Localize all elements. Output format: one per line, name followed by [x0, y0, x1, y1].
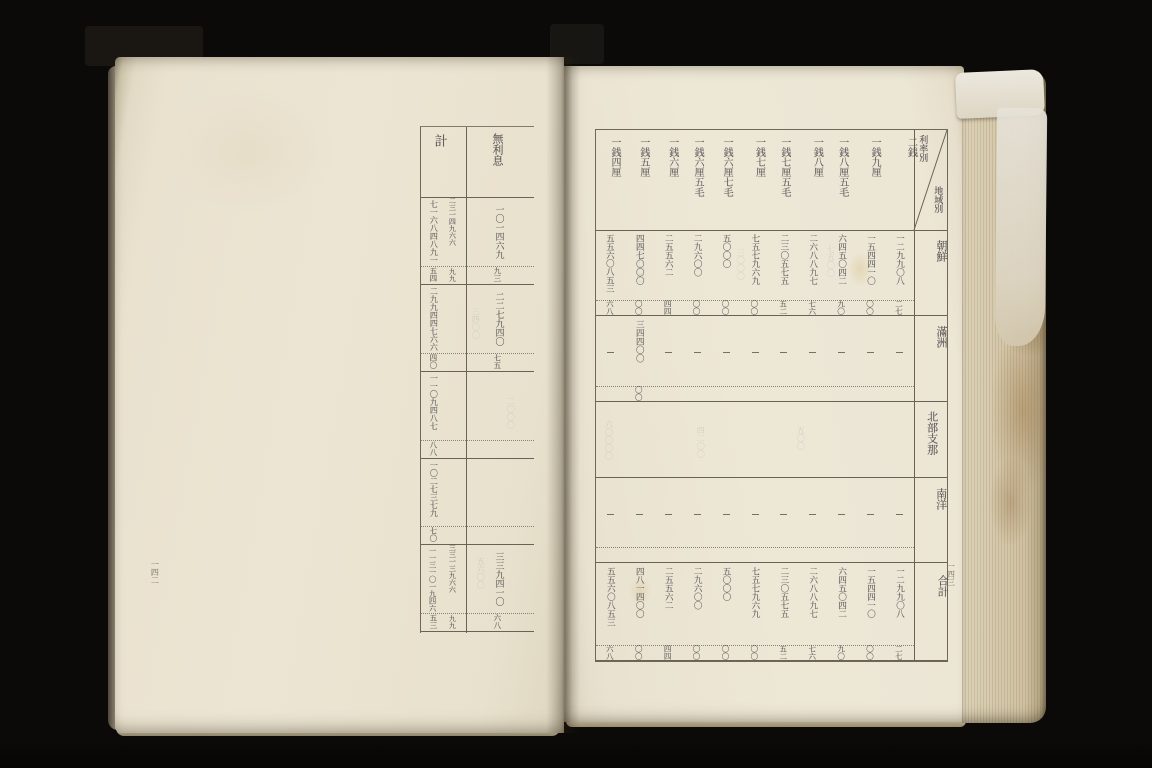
decimal-separator-line: [596, 386, 914, 387]
row-border: [596, 660, 947, 661]
table-row: [596, 402, 914, 478]
bleed-through-text: 七五〇〇: [826, 245, 834, 277]
cell-value: 二三〇五七五: [779, 567, 788, 618]
total-value: 一〇二七三七九: [429, 461, 437, 517]
cell-value-decimals: 〇〇: [692, 300, 700, 315]
total-value: 一一三一〇一九四六: [429, 547, 437, 612]
cell-value-decimals: 四四: [663, 300, 671, 315]
cell-value: 一五四四一〇: [866, 567, 875, 618]
decimal-separator-line: [421, 613, 534, 614]
bleed-through-text: 四二〇〇: [696, 426, 704, 458]
total-note-decimals: 九九: [448, 615, 455, 629]
decimal-separator-line: [596, 547, 914, 548]
cell-value-decimals: 二七: [895, 645, 903, 660]
bleed-through-text: 五六〇〇: [476, 557, 484, 589]
cell-value-decimals: 〇〇: [634, 645, 642, 660]
empty-dash: [896, 514, 903, 515]
cell-value: 二六八八九七: [808, 567, 817, 618]
cell-value: 二三〇五七五: [779, 234, 788, 285]
total-value-decimals: 五三: [429, 614, 437, 629]
bleed-through-text: 二〇〇〇: [506, 397, 514, 429]
right-page-table: 利率別 地域別 二銭一銭九厘一銭八厘五毛一銭八厘一銭七厘五毛一銭七厘一銭六厘七毛…: [595, 129, 948, 662]
cell-value-decimals: 〇〇: [866, 300, 874, 315]
cell-value: 一二九九〇八: [895, 234, 904, 285]
rate-header: 一銭七厘五毛: [778, 137, 791, 197]
decimal-separator-line: [421, 353, 534, 354]
no-interest-decimals: 九三: [493, 267, 501, 282]
cell-value: 二六八八九七: [808, 234, 817, 285]
cell-value: 五五六〇八五三: [605, 234, 614, 293]
empty-dash: [723, 514, 730, 515]
total-value: 七一六八四八九一: [429, 200, 437, 264]
protruding-sheet: [995, 108, 1047, 347]
empty-dash: [607, 352, 614, 353]
rate-header: 一銭九厘: [865, 137, 884, 177]
cell-value: 三四四〇〇: [634, 320, 643, 363]
cell-value-decimals: 七六: [808, 645, 816, 660]
empty-dash: [665, 514, 672, 515]
cell-value: 二九六〇〇: [692, 567, 701, 610]
bleed-through-text: 三四〇〇: [471, 307, 479, 339]
total-value: 二九九四四七六六: [429, 287, 437, 351]
table-row: 一一〇九四八七八八: [421, 371, 534, 459]
cell-value: 七五七九六九: [750, 234, 759, 285]
cell-value-decimals: 七六: [808, 300, 816, 315]
cell-value-decimals: 〇〇: [692, 645, 700, 660]
empty-dash: [867, 352, 874, 353]
cell-value-decimals: 九〇: [837, 300, 845, 315]
cell-value-decimals: 〇〇: [634, 386, 642, 401]
empty-dash: [752, 514, 759, 515]
corner-label-region: 地域別: [931, 186, 942, 213]
cell-value: 二五五六二: [663, 234, 672, 277]
no-interest-column-header: 無利息: [489, 133, 506, 166]
table-row: [596, 478, 914, 563]
empty-dash: [607, 514, 614, 515]
rate-header: 二銭: [894, 137, 928, 157]
book-photo: 計 無利息 七一六八四八九一五四二三一四九六六九九一〇一四六九九三二九九四四七六…: [0, 0, 1152, 768]
bleed-through-text: 五六八〇〇: [636, 242, 644, 282]
table-row: 一二九九〇八二七一五四四一〇〇〇六四五〇四二九〇二六八八九七七六二三〇五七五五二…: [596, 563, 914, 661]
left-page-number: 一四二: [150, 560, 158, 584]
empty-dash: [780, 514, 787, 515]
bleed-through-text: 三〇〇〇: [736, 248, 744, 280]
empty-dash: [809, 352, 816, 353]
region-label: 北部支那: [925, 411, 939, 455]
empty-dash: [896, 352, 903, 353]
region-label: 南洋: [925, 488, 956, 510]
cell-value: 六四五〇四二: [837, 234, 846, 285]
total-value-decimals: 八八: [429, 441, 437, 456]
cell-value: 二五五六二: [663, 567, 672, 610]
cell-value: 二九六〇〇: [692, 234, 701, 277]
total-note-value: 二三一四九六六: [448, 197, 455, 246]
cell-value-decimals: 〇〇: [750, 645, 758, 660]
rate-header: 一銭六厘七毛: [720, 137, 733, 197]
decimal-separator-line: [421, 526, 534, 527]
cell-value-decimals: 二七: [895, 300, 903, 315]
rate-header: 一銭六厘五毛: [691, 137, 704, 197]
cell-value-decimals: 九〇: [837, 645, 845, 660]
cell-value-decimals: 六八: [605, 645, 613, 660]
no-interest-decimals: 七五: [493, 354, 501, 369]
table-row: 七一六八四八九一五四二三一四九六六九九一〇一四六九九三: [421, 197, 534, 285]
empty-dash: [867, 514, 874, 515]
total-note-value: 三三一三九六六: [448, 544, 455, 593]
table-row: 一〇二七三七九七〇: [421, 458, 534, 545]
total-note-decimals: 九九: [448, 268, 455, 282]
empty-dash: [780, 352, 787, 353]
cell-value: 六四五〇四二: [837, 567, 846, 618]
empty-dash: [694, 352, 701, 353]
total-value-decimals: 四〇: [429, 354, 437, 369]
backdrop-shade-bottom: [0, 740, 1152, 768]
cell-value: 五〇〇〇: [721, 234, 730, 268]
rate-header: 一銭五厘: [633, 137, 652, 177]
cell-value-decimals: 〇〇: [634, 300, 642, 315]
empty-dash: [752, 352, 759, 353]
table-row: 三四四〇〇〇〇: [596, 316, 914, 402]
empty-dash: [809, 514, 816, 515]
rate-header: 一銭七厘: [749, 137, 768, 177]
total-value: 一一〇九四八七: [429, 374, 437, 430]
empty-dash: [694, 514, 701, 515]
cell-value: 五五六〇八五三: [605, 567, 614, 627]
cell-value-decimals: 五二: [779, 300, 787, 315]
empty-dash: [838, 352, 845, 353]
cell-value: 七五七九六九: [750, 567, 759, 618]
rate-header: 一銭八厘: [807, 137, 826, 177]
empty-dash: [838, 514, 845, 515]
empty-dash: [665, 352, 672, 353]
cell-value-decimals: 〇〇: [750, 300, 758, 315]
cell-value-decimals: 四四: [663, 645, 671, 660]
decimal-separator-line: [421, 440, 534, 441]
left-page-table: 計 無利息 七一六八四八九一五四二三一四九六六九九一〇一四六九九三二九九四四七六…: [420, 126, 534, 633]
cell-value-decimals: 〇〇: [721, 300, 729, 315]
no-interest-decimals: 六八: [493, 614, 501, 629]
cell-value: 一五四四一〇: [866, 234, 875, 285]
cell-value-decimals: 六八: [605, 300, 613, 315]
no-interest-value: 三三九四一〇: [493, 552, 502, 606]
rate-header: 一銭四厘: [604, 137, 623, 177]
cell-value: 一二九九〇八: [895, 567, 904, 618]
no-interest-value: 一〇一四六九: [493, 205, 502, 259]
empty-dash: [723, 352, 730, 353]
total-value-decimals: 七〇: [429, 527, 437, 542]
cell-value: 五〇〇〇: [721, 567, 730, 601]
no-interest-value: 二二七九四〇: [493, 292, 502, 346]
total-value-decimals: 五四: [429, 267, 437, 282]
right-page-number: 一四三: [946, 562, 954, 586]
total-column-header: 計: [432, 134, 446, 147]
cell-value-decimals: 〇〇: [866, 645, 874, 660]
bleed-through-text: 五〇〇: [796, 426, 804, 450]
region-label: 滿洲: [925, 326, 956, 348]
empty-dash: [636, 514, 643, 515]
cell-value-decimals: 五二: [779, 645, 787, 660]
rate-header: 一銭八厘五毛: [836, 137, 849, 197]
decimal-separator-line: [421, 266, 534, 267]
cell-value-decimals: 〇〇: [721, 645, 729, 660]
cell-value: 四八一四〇〇: [634, 567, 643, 618]
region-label: 朝鮮: [925, 240, 956, 262]
bleed-through-text: 六〇〇〇〇: [604, 420, 612, 460]
rate-header: 一銭六厘: [662, 137, 681, 177]
